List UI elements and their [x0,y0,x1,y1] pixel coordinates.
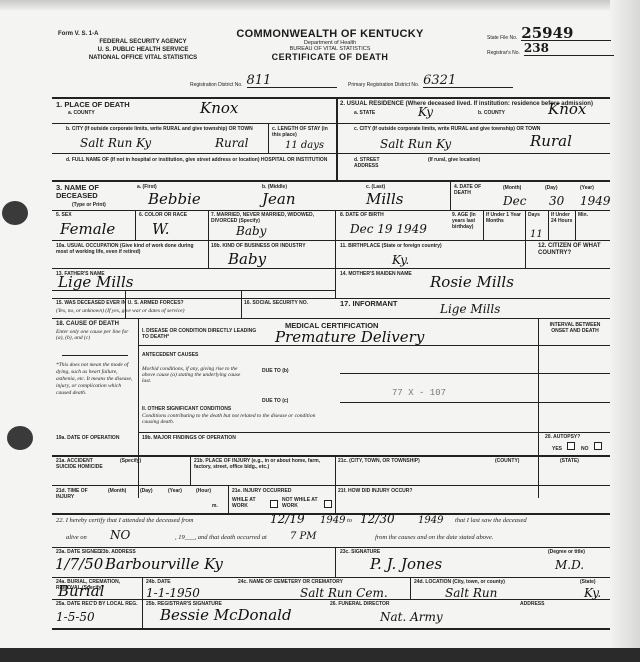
birthplace-value: Ky. [392,253,409,267]
father-name-value: Lige Mills [58,275,133,289]
business-value: Baby [228,252,266,266]
funeral-address-label: ADDRESS [520,601,544,607]
alive-on-value: NO [110,528,130,542]
not-at-work-checkbox[interactable] [324,500,332,508]
residence-county-value: Knox [548,102,586,116]
accident-specify-label: (Specify) [120,458,141,464]
divider [138,432,610,433]
burial-location-value: Salt Run [445,586,497,600]
cert-text-2: that I last saw the deceased [455,518,527,524]
scan-bottom-edge [0,648,640,662]
divider [52,455,610,457]
agency-line-3: NATIONAL OFFICE VITAL STATISTICS [58,54,228,62]
morbid-note: Morbid conditions, if any, giving rise t… [142,366,247,384]
mother-name-label: 14. MOTHER'S MAIDEN NAME [340,271,412,277]
sex-label: 5. SEX [56,212,72,218]
punch-hole-top [2,201,28,225]
divider [337,123,610,124]
divider [52,577,610,578]
age-months-label: If Under 1 Year Months [486,212,524,224]
color-value: W. [152,222,170,236]
part-ii-note: Conditions contributing to the death but… [142,413,322,425]
length-of-stay-label: c. LENGTH OF STAY (in this place) [272,126,334,138]
citizen-label: 12. CITIZEN OF WHAT COUNTRY? [538,243,608,257]
part-i-value: Premature Delivery [275,330,424,344]
cert-text-4: from the causes and on the date stated a… [375,535,493,541]
divider [335,455,336,485]
registrar-no-label: Registrar's No. [487,50,520,56]
residence-rural-value: Rural [530,134,572,148]
divider [52,298,610,299]
divider [62,355,128,356]
deceased-name-label: 3. NAME OF DECEASED [56,184,126,200]
street-address-note: (If rural, give location) [428,157,480,163]
divider [52,268,610,269]
not-at-work-label: NOT WHILE AT WORK [282,497,324,509]
street-address-label: d. STREET ADDRESS [354,157,394,169]
injury-place-label: 21b. PLACE OF INJURY (e.g., in or about … [194,458,334,470]
divider [190,455,191,485]
agency-line-1: FEDERAL SECURITY AGENCY [58,38,228,46]
burial-state-label: (State) [580,579,596,585]
marital-status-label: 7. MARRIED, NEVER MARRIED, WIDOWED, DIVO… [211,212,333,224]
divider [268,123,269,153]
divider [52,485,610,486]
funeral-director-value: Nat. Army [380,610,443,624]
residence-city-value: Salt Run Ky [380,137,451,151]
scan-right-edge [610,0,640,662]
primary-district: Primary Registration District No. 6321 [348,74,513,88]
business-label: 10b. KIND OF BUSINESS OR INDUSTRY [211,243,333,249]
death-city-label: b. CITY (If outside corporate limits, wr… [66,126,266,132]
autopsy-yes-checkbox[interactable] [567,442,575,450]
divider [52,153,610,154]
divider [335,485,336,513]
injury-state-label: (STATE) [560,458,579,464]
divider [52,180,610,182]
sex-value: Female [60,222,115,236]
divider [340,402,610,403]
divider [208,210,209,268]
while-at-work-checkbox[interactable] [270,500,278,508]
cause-code: 77 X - 107 [392,386,446,400]
form-number: Form V. S. 1-A [58,30,228,38]
death-city-rural: Rural [215,136,249,150]
divider [52,97,610,99]
cert-address-value: Barbourville Ky [105,557,223,571]
divider [335,547,336,577]
burial-date-value: 1-1-1950 [146,586,200,600]
divider [340,373,610,374]
hospital-label: d. FULL NAME OF (If not in hospital or i… [66,157,331,163]
divider [52,123,336,124]
armed-forces-note: (Yes, no, or unknown) (If yes, give war … [56,308,241,314]
divider [548,210,549,240]
death-county-value: Knox [200,101,238,115]
accident-type-label: 21a. ACCIDENT SUICIDE HOMICIDE [56,458,106,470]
attended-from-year: 1949 [320,514,345,528]
death-year-value: 1949 [580,194,611,208]
type-or-print-note: (Type or Print) [72,202,106,208]
punch-hole-bottom [7,426,33,450]
marital-status-value: Baby [236,224,266,238]
residence-state-label: a. STATE [354,110,375,116]
color-label: 6. COLOR OR RACE [139,212,187,218]
divider [52,628,610,630]
how-injury-label: 21f. HOW DID INJURY OCCUR? [338,488,412,494]
attended-to-date: 12/30 [360,512,395,526]
date-received-label: 25a. DATE REC'D BY LOCAL REG. [56,601,140,607]
alive-on-label: alive on [66,535,87,541]
burial-value: Burial [58,584,104,598]
age-days-label: Days [528,212,540,218]
injury-time-day: (Day) [140,488,153,494]
degree-label: (Degree or title) [548,549,585,555]
registration-district: Registration District No. 811 [190,74,337,88]
ssn-label: 16. SOCIAL SECURITY NO. [244,300,332,306]
death-day-label: (Day) [545,185,558,191]
divider [52,318,610,319]
autopsy-label: 20. AUTOPSY? [545,434,580,440]
length-of-stay-value: 11 days [285,139,324,153]
burial-date-label: 24b. DATE [146,579,171,585]
attended-to-year: 1949 [418,514,443,528]
divider [142,577,143,629]
injury-time-year: (Year) [168,488,182,494]
date-signed-value: 1/7/50 [55,557,103,571]
while-at-work-label: WHILE AT WORK [232,497,270,509]
informant-value: Lige Mills [440,302,500,316]
death-city-value: Salt Run Ky [80,136,151,150]
divider [410,577,411,599]
document-title-block: COMMONWEALTH OF KENTUCKY Department of H… [230,28,430,62]
cause-footnote: *This does not mean the mode of dying, s… [56,362,136,397]
death-month-value: Dec [503,194,526,208]
due-to-c-label: DUE TO (c) [262,398,288,404]
injury-city-label: 21c. (CITY, TOWN, OR TOWNSHIP) [338,458,420,464]
divider [52,547,610,548]
death-day-value: 30 [549,194,564,208]
age-min-label: Min. [578,212,588,218]
physician-signature: P. J. Jones [370,557,442,571]
scan-top-edge [0,0,640,10]
due-to-b-label: DUE TO (b) [262,368,289,374]
registration-district-label: Registration District No. [190,82,243,88]
divider [135,210,136,240]
file-numbers: State File No.25949 Registrar's No.238 [487,26,614,56]
autopsy-no-checkbox[interactable] [594,442,602,450]
residence-state-value: Ky [418,105,433,119]
cemetery-label: 24c. NAME OF CEMETERY OR CREMATORY [238,579,343,585]
agency-header: Form V. S. 1-A FEDERAL SECURITY AGENCY U… [58,30,228,62]
autopsy-yes-label: YES [552,446,562,452]
divider [450,180,451,210]
age-days-value: 11 [530,228,543,242]
interval-label: INTERVAL BETWEEN ONSET AND DEATH [545,322,605,334]
occupation-label: 10a. USUAL OCCUPATION (Give kind of work… [56,243,204,255]
part-i-label: I. DISEASE OR CONDITION DIRECTLY LEADING… [142,328,262,340]
birth-date-value: Dec 19 1949 [350,222,427,236]
place-of-death-label: 1. PLACE OF DEATH [56,101,130,109]
funeral-director-label: 26. FUNERAL DIRECTOR [330,601,390,607]
cert-to-label: to [347,518,352,524]
cause-instructions: Enter only one cause per line for (a), (… [56,329,136,341]
divider [483,210,484,240]
document-title: COMMONWEALTH OF KENTUCKY [230,28,430,40]
last-name-value: Mills [366,192,403,206]
divider [52,240,610,241]
registration-district-value: 811 [247,74,337,88]
age-hours-label: If Under 24 Hours [551,212,575,224]
burial-location-label: 24d. LOCATION (City, town, or county) [414,579,505,585]
state-file-label: State File No. [487,35,517,41]
first-name-value: Bebbie [148,192,201,206]
death-county-label: a. COUNTY [68,110,95,116]
attended-from-date: 12/19 [270,512,305,526]
state-file-number: 25949 [521,26,611,41]
part-ii-label: II. OTHER SIGNIFICANT CONDITIONS [142,406,231,412]
operation-date-label: 19a. DATE OF OPERATION [56,435,136,441]
divider [241,290,242,318]
divider [575,210,576,240]
divider [228,485,229,513]
date-received-value: 1-5-50 [56,610,95,624]
injury-county-label: (COUNTY) [495,458,519,464]
injury-time-hour: (Hour) [196,488,211,494]
operation-findings-label: 19b. MAJOR FINDINGS OF OPERATION [142,435,236,441]
divider [336,97,338,181]
injury-time-month: (Month) [108,488,126,494]
mother-name-value: Rosie Mills [430,275,514,289]
burial-state-value: Ky. [584,586,601,600]
birthplace-label: 11. BIRTHPLACE (State or foreign country… [340,243,520,249]
residence-county-label: b. COUNTY [478,110,505,116]
injury-time-m: m. [212,503,218,509]
cause-of-death-label: 18. CAUSE OF DEATH [56,321,119,328]
armed-forces-label: 15. WAS DECEASED EVER IN U. S. ARMED FOR… [56,300,236,306]
date-of-death-label: 4. DATE OF DEATH [454,184,484,196]
age-label: 9. AGE (In years last birthday) [452,212,482,230]
certificate-title: CERTIFICATE OF DEATH [230,52,430,62]
middle-name-value: Jean [262,192,296,206]
agency-line-2: U. S. PUBLIC HEALTH SERVICE [58,46,228,54]
death-time-value: 7 PM [290,530,317,544]
injury-occurred-label: 21e. INJURY OCCURRED [232,488,291,494]
divider [525,210,526,268]
birth-date-label: 8. DATE OF BIRTH [340,212,384,218]
degree-value: M.D. [555,558,584,572]
antecedent-causes-label: ANTECEDENT CAUSES [142,352,198,358]
cert-text-1: 22. I hereby certify that I attended the… [56,518,193,524]
autopsy-no-label: NO [581,446,589,452]
injury-time-label: 21d. TIME OF INJURY [56,488,96,500]
divider [335,210,336,298]
death-month-label: (Month) [503,185,521,191]
cemetery-value: Salt Run Cem. [300,586,388,600]
death-year-label: (Year) [580,185,594,191]
registrar-number: 238 [524,41,614,56]
informant-label: 17. INFORMANT [340,300,398,308]
primary-district-value: 6321 [423,74,513,88]
cert-text-3: , 19___, and that death occurred at [175,535,267,541]
registrar-signature: Bessie McDonald [160,608,292,622]
primary-district-label: Primary Registration District No. [348,82,419,88]
